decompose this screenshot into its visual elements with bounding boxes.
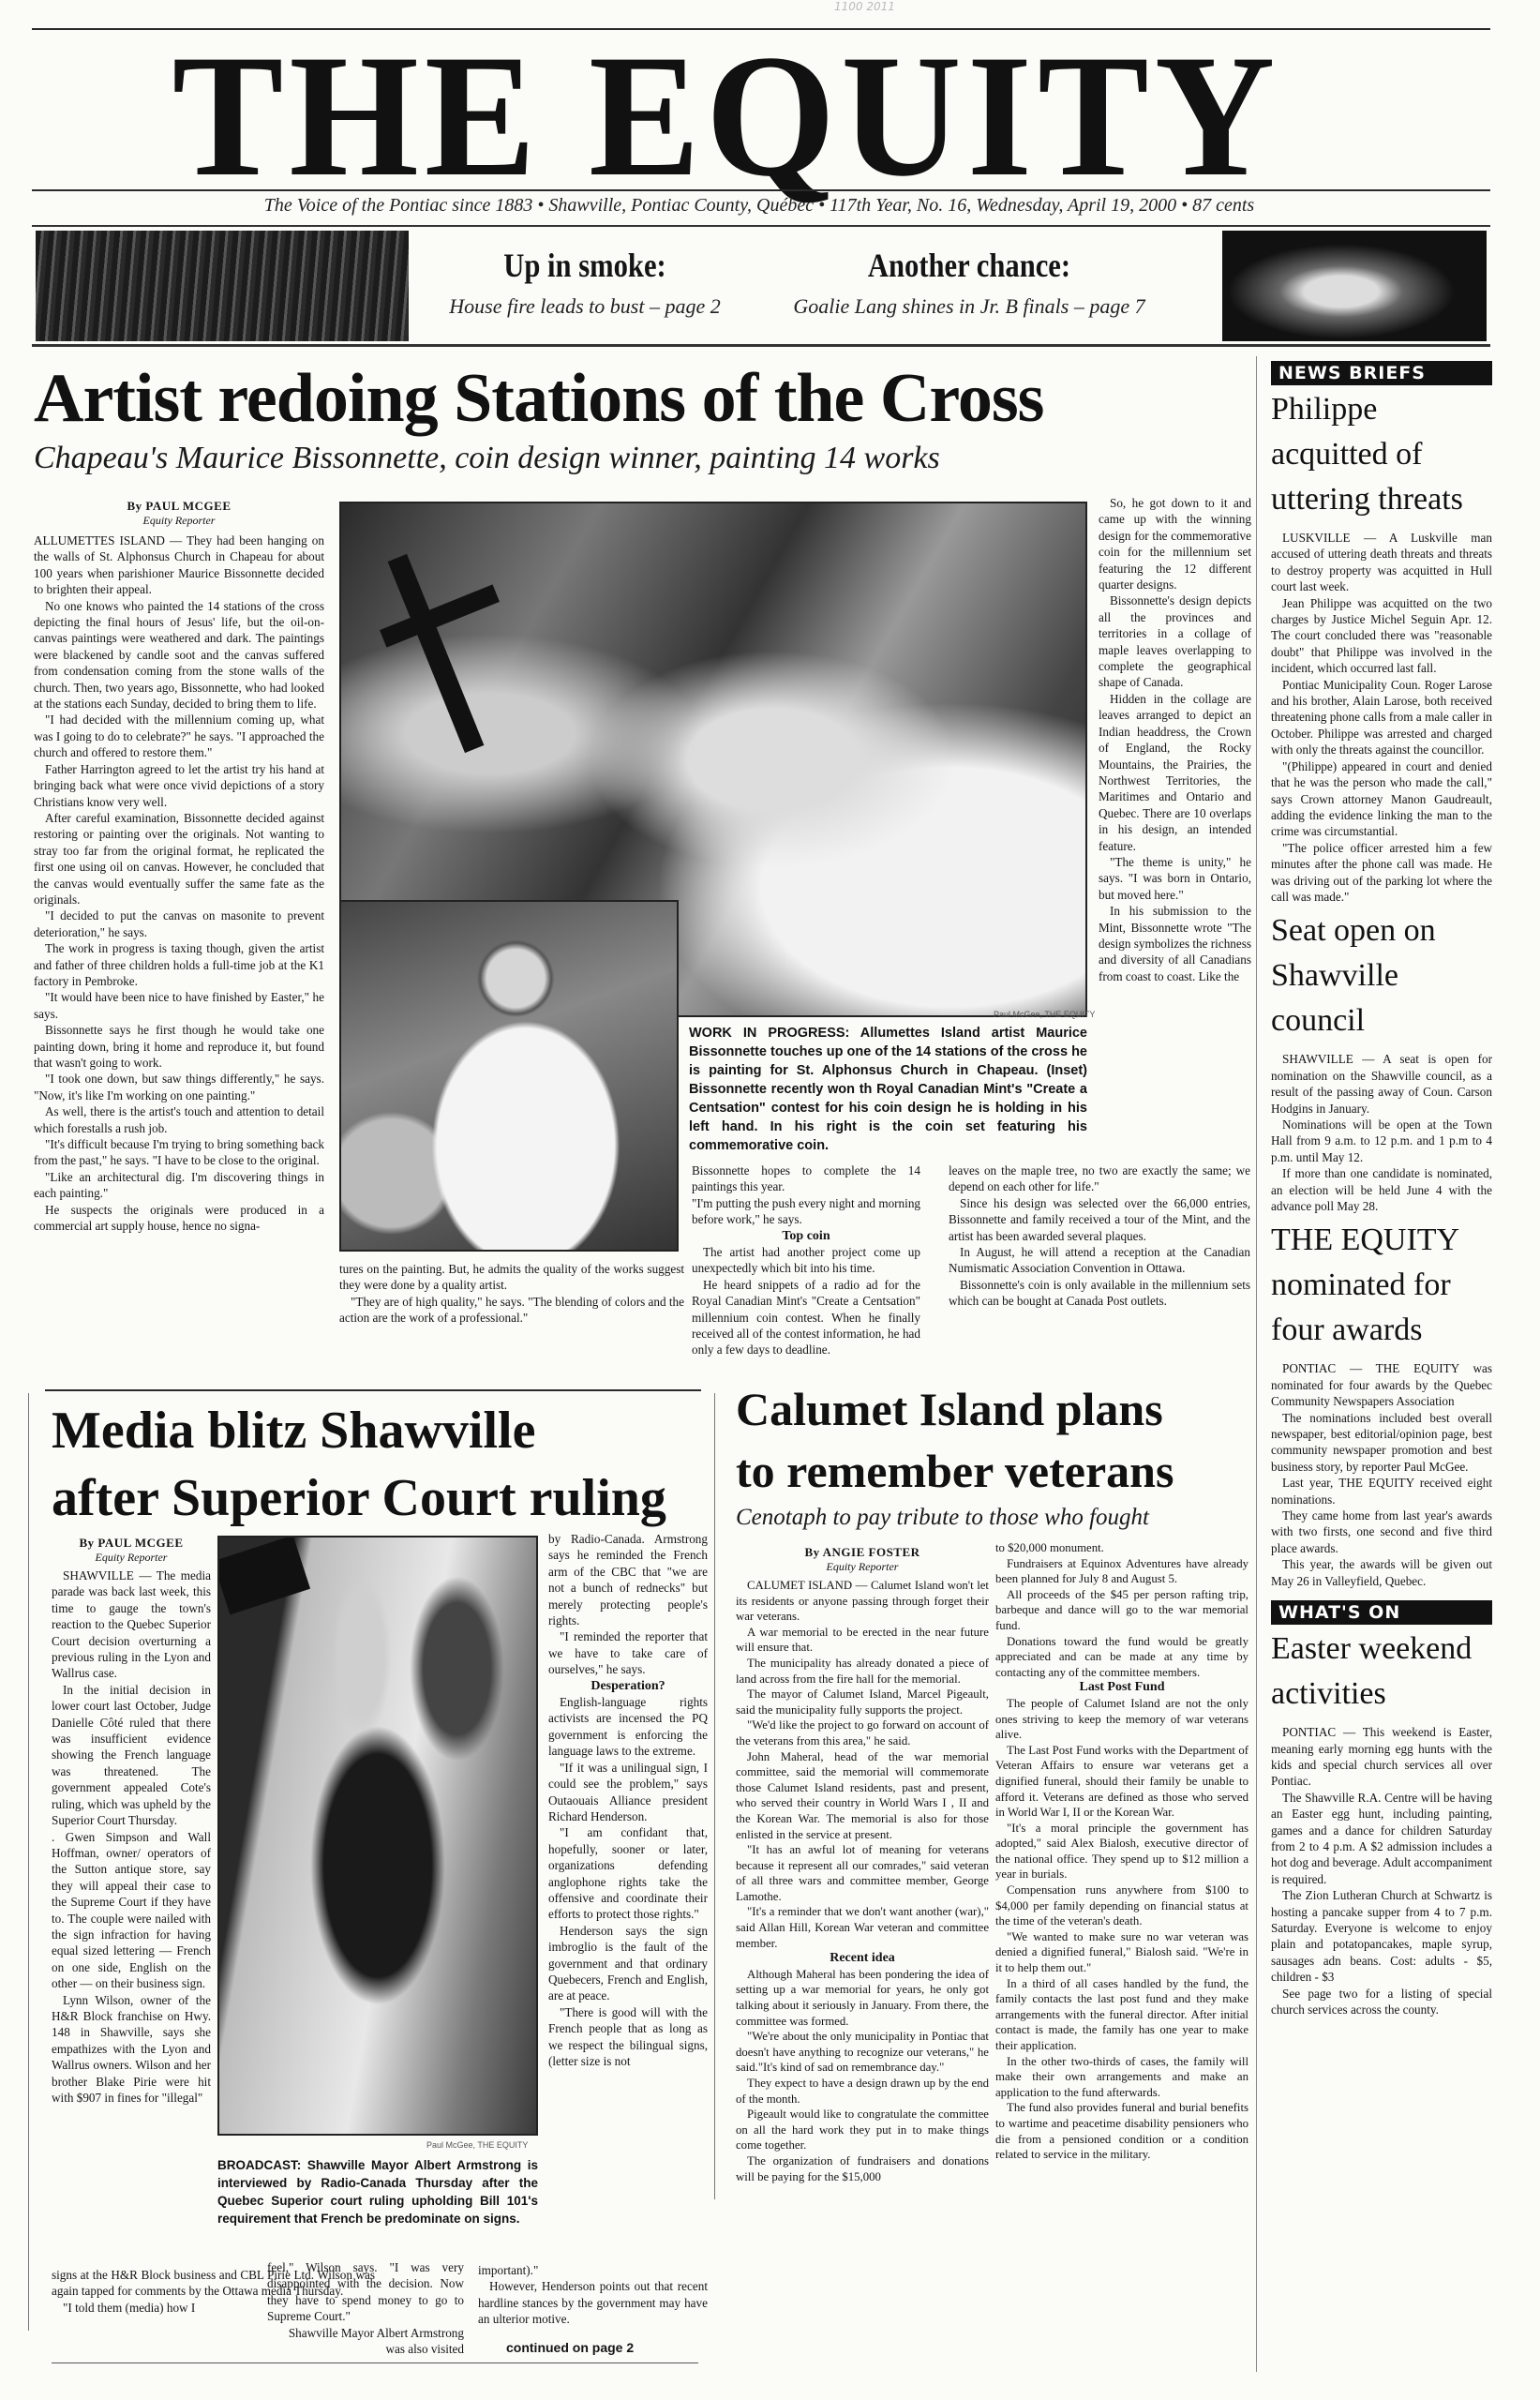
byline: By PAUL MCGEE: [34, 499, 324, 514]
paragraph: to $20,000 monument.: [995, 1540, 1248, 1556]
paragraph: Bissonnette says he first though he woul…: [34, 1022, 324, 1071]
cross-shape: [388, 554, 485, 753]
handwritten-note: 1100 2011: [834, 0, 895, 13]
news-briefs-label: NEWS BRIEFS: [1271, 361, 1492, 385]
photo-credit: Paul McGee, THE EQUITY: [994, 1010, 1095, 1019]
paragraph: A war memorial to be erected in the near…: [736, 1625, 989, 1656]
calumet-deck: Cenotaph to pay tribute to those who fou…: [736, 1505, 1261, 1531]
whats-on-body: PONTIAC — This weekend is Easter, meanin…: [1271, 1724, 1492, 2017]
subhead-top-coin: Top coin: [692, 1228, 920, 1244]
paragraph: feel," Wilson says. "I was very disappoi…: [267, 2259, 464, 2325]
paragraph: "We'd like the project to go forward on …: [736, 1717, 989, 1748]
paragraph: "I had decided with the millennium comin…: [34, 712, 324, 760]
media-col-3-wide: important)." However, Henderson points o…: [478, 2262, 708, 2328]
paragraph: They expect to have a design drawn up by…: [736, 2076, 989, 2107]
headline-line: to remember veterans: [736, 1440, 1261, 1502]
paragraph: The artist had another project come up u…: [692, 1244, 920, 1277]
paragraph: The Zion Lutheran Church at Schwartz is …: [1271, 1887, 1492, 1985]
paragraph: "We wanted to make sure no war veteran w…: [995, 1929, 1248, 1976]
paragraph: The Shawville R.A. Centre will be having…: [1271, 1790, 1492, 1887]
paragraph: . Gwen Simpson and Wall Hoffman, owner/ …: [52, 1829, 211, 1992]
paragraph: In a third of all cases handled by the f…: [995, 1976, 1248, 2054]
lead-byline-block: By PAUL MCGEE Equity Reporter: [34, 499, 324, 528]
paragraph: "We're about the only municipality in Po…: [736, 2029, 989, 2076]
paragraph: The Last Post Fund works with the Depart…: [995, 1743, 1248, 1821]
paragraph: All proceeds of the $45 per person rafti…: [995, 1587, 1248, 1634]
lead-headline: Artist redoing Stations of the Cross: [34, 356, 1252, 441]
media-photo-caption: BROADCAST: Shawville Mayor Albert Armstr…: [217, 2156, 538, 2227]
paragraph: So, he got down to it and came up with t…: [1099, 495, 1251, 592]
sidebar-rule: [1256, 356, 1257, 2372]
calumet-col-1: CALUMET ISLAND — Calumet Island won't le…: [736, 1578, 989, 2184]
lead-col-1: ALLUMETTES ISLAND — They had been hangin…: [34, 532, 324, 1234]
media-byline-block: By PAUL MCGEE Equity Reporter: [52, 1536, 211, 1565]
lead-deck: Chapeau's Maurice Bissonnette, coin desi…: [34, 441, 1252, 476]
paragraph: "I'm putting the push every night and mo…: [692, 1195, 920, 1228]
paragraph: "There is good will with the French peop…: [548, 2004, 708, 2070]
paragraph: Bissonnette's coin is only available in …: [949, 1277, 1250, 1310]
paragraph: However, Henderson points out that recen…: [478, 2278, 708, 2327]
calumet-headline: Calumet Island plans to remember veteran…: [736, 1378, 1261, 1502]
whats-on-label: WHAT'S ON: [1271, 1600, 1492, 1625]
teaser-another-chance[interactable]: Another chance: Goalie Lang shines in Jr…: [772, 246, 1166, 319]
teaser-title: Another chance:: [802, 246, 1137, 285]
whats-on-headline: Easter weekend activities: [1271, 1627, 1492, 1717]
paragraph: The organization of fundraisers and dona…: [736, 2153, 989, 2184]
paragraph: The work in progress is taxing though, g…: [34, 940, 324, 989]
paragraph: Pigeault would like to congratulate the …: [736, 2107, 989, 2153]
paragraph: The nominations included best overall ne…: [1271, 1410, 1492, 1476]
media-bottom-rule: [52, 2362, 698, 2363]
paragraph: The municipality has already donated a p…: [736, 1656, 989, 1687]
byline-role: Equity Reporter: [736, 1560, 989, 1574]
paragraph: If more than one candidate is nominated,…: [1271, 1165, 1492, 1214]
paragraph: "It would have been nice to have finishe…: [34, 989, 324, 1022]
paragraph: "(Philippe) appeared in court and denied…: [1271, 758, 1492, 840]
teaser-photo-fire: [36, 231, 409, 341]
teaser-bar: Up in smoke: House fire leads to bust – …: [32, 225, 1490, 347]
masthead-tagline: The Voice of the Pontiac since 1883 • Sh…: [37, 195, 1481, 217]
media-col-2-below: feel," Wilson says. "I was very disappoi…: [267, 2259, 464, 2357]
teaser-title: Up in smoke:: [450, 246, 721, 285]
paragraph: English-language rights activists are in…: [548, 1694, 708, 1760]
paragraph: "The theme is unity," he says. "I was bo…: [1099, 854, 1251, 903]
paragraph: The mayor of Calumet Island, Marcel Pige…: [736, 1687, 989, 1717]
lead-col-3: Bissonnette hopes to complete the 14 pai…: [692, 1162, 920, 1358]
byline: By PAUL MCGEE: [52, 1536, 211, 1551]
paragraph: "It's a moral principle the government h…: [995, 1821, 1248, 1882]
paragraph: In August, he will attend a reception at…: [949, 1244, 1250, 1277]
headline-line: Media blitz Shawville: [52, 1397, 717, 1464]
paragraph: Lynn Wilson, owner of the H&R Block fran…: [52, 1992, 211, 2107]
photo-credit: Paul McGee, THE EQUITY: [426, 2140, 528, 2150]
paragraph: Although Maheral has been pondering the …: [736, 1967, 989, 2029]
subhead-desperation: Desperation?: [548, 1678, 708, 1694]
calumet-col-2: to $20,000 monument. Fundraisers at Equi…: [995, 1540, 1248, 2163]
media-photo-broadcast: [217, 1536, 538, 2136]
paragraph: tures on the painting. But, he admits th…: [339, 1261, 684, 1294]
paragraph: LUSKVILLE — A Luskville man accused of u…: [1271, 530, 1492, 595]
paragraph: leaves on the maple tree, no two are exa…: [949, 1162, 1250, 1195]
paragraph: "They are of high quality," he says. "Th…: [339, 1294, 684, 1327]
paragraph: Nominations will be open at the Town Hal…: [1271, 1117, 1492, 1165]
headline-line: after Superior Court ruling: [52, 1464, 717, 1532]
continued-link[interactable]: continued on page 2: [506, 2340, 634, 2355]
paragraph: by Radio-Canada. Armstrong says he remin…: [548, 1531, 708, 1628]
byline-role: Equity Reporter: [52, 1551, 211, 1565]
teaser-up-in-smoke[interactable]: Up in smoke: House fire leads to bust – …: [426, 246, 744, 319]
paragraph: "It's difficult because I'm trying to br…: [34, 1136, 324, 1169]
section-divider: [45, 1389, 701, 1391]
paragraph: "It's a reminder that we don't want anot…: [736, 1904, 989, 1951]
teaser-subtitle: Goalie Lang shines in Jr. B finals – pag…: [772, 294, 1166, 319]
sidebar: NEWS BRIEFS Philippe acquitted of utteri…: [1271, 361, 1492, 2017]
paragraph: "Like an architectural dig. I'm discover…: [34, 1169, 324, 1202]
lead-col-2: tures on the painting. But, he admits th…: [339, 1261, 684, 1327]
paragraph: Father Harrington agreed to let the arti…: [34, 761, 324, 810]
paragraph: John Maheral, head of the war memorial c…: [736, 1749, 989, 1843]
paragraph: PONTIAC — This weekend is Easter, meanin…: [1271, 1724, 1492, 1790]
paragraph: In the initial decision in lower court l…: [52, 1682, 211, 1829]
media-col-1: SHAWVILLE — The media parade was back la…: [52, 1567, 211, 2106]
paragraph: Bissonnette hopes to complete the 14 pai…: [692, 1162, 920, 1195]
paragraph: Pontiac Municipality Coun. Roger Larose …: [1271, 677, 1492, 758]
teaser-photo-goalie: [1222, 231, 1487, 341]
brief-headline: Seat open on Shawville council: [1271, 908, 1492, 1043]
lead-col-4-wide: leaves on the maple tree, no two are exa…: [949, 1162, 1250, 1310]
column-rule-left: [28, 1393, 29, 2331]
paragraph: Bissonnette's design depicts all the pro…: [1099, 592, 1251, 690]
byline: By ANGIE FOSTER: [736, 1545, 989, 1560]
paragraph: Shawville Mayor Albert Armstrong was als…: [267, 2325, 464, 2358]
paragraph: Henderson says the sign imbroglio is the…: [548, 1923, 708, 2004]
camera-shape: [217, 1536, 310, 1614]
brief-body: PONTIAC — THE EQUITY was nominated for f…: [1271, 1360, 1492, 1589]
paragraph: Jean Philippe was acquitted on the two c…: [1271, 595, 1492, 677]
paragraph: The fund also provides funeral and buria…: [995, 2100, 1248, 2162]
paragraph: As well, there is the artist's touch and…: [34, 1103, 324, 1136]
paragraph: "I decided to put the canvas on masonite…: [34, 907, 324, 940]
paragraph: PONTIAC — THE EQUITY was nominated for f…: [1271, 1360, 1492, 1409]
media-col-3: by Radio-Canada. Armstrong says he remin…: [548, 1531, 708, 2069]
lead-col-4: So, he got down to it and came up with t…: [1099, 495, 1251, 984]
paragraph: Donations toward the fund would be great…: [995, 1634, 1248, 1681]
paragraph: In his submission to the Mint, Bissonnet…: [1099, 903, 1251, 984]
paragraph: important).": [478, 2262, 708, 2278]
paragraph: "If it was a unilingual sign, I could se…: [548, 1760, 708, 1825]
paragraph: "I am confidant that, hopefully, sooner …: [548, 1824, 708, 1922]
paragraph: ALLUMETTES ISLAND — They had been hangin…: [34, 532, 324, 598]
paragraph: SHAWVILLE — The media parade was back la…: [52, 1567, 211, 1682]
paragraph: He suspects the originals were produced …: [34, 1202, 324, 1235]
brief-headline: Philippe acquitted of uttering threats: [1271, 387, 1492, 522]
calumet-byline-block: By ANGIE FOSTER Equity Reporter: [736, 1545, 989, 1574]
paragraph: He heard snippets of a radio ad for the …: [692, 1277, 920, 1358]
lead-photo-caption: WORK IN PROGRESS: Allumettes Island arti…: [689, 1024, 1087, 1155]
teaser-subtitle: House fire leads to bust – page 2: [426, 294, 744, 319]
paragraph: Last year, THE EQUITY received eight nom…: [1271, 1475, 1492, 1507]
subhead-recent-idea: Recent idea: [736, 1951, 989, 1967]
paragraph: Hidden in the collage are leaves arrange…: [1099, 691, 1251, 854]
paragraph: SHAWVILLE — A seat is open for nominatio…: [1271, 1051, 1492, 1117]
masthead-title: THE EQUITY: [37, 41, 1415, 189]
brief-body: SHAWVILLE — A seat is open for nominatio…: [1271, 1051, 1492, 1214]
media-headline: Media blitz Shawville after Superior Cou…: [52, 1397, 717, 1532]
byline-role: Equity Reporter: [34, 514, 324, 528]
subhead-last-post-fund: Last Post Fund: [995, 1680, 1248, 1696]
brief-body: LUSKVILLE — A Luskville man accused of u…: [1271, 530, 1492, 905]
paragraph: In the other two-thirds of cases, the fa…: [995, 2054, 1248, 2101]
paragraph: Compensation runs anywhere from $100 to …: [995, 1882, 1248, 1929]
paragraph: No one knows who painted the 14 stations…: [34, 598, 324, 712]
paragraph: "I reminded the reporter that we have to…: [548, 1628, 708, 1677]
paragraph: This year, the awards will be given out …: [1271, 1556, 1492, 1589]
paragraph: Fundraisers at Equinox Adventures have a…: [995, 1556, 1248, 1587]
paragraph: "I took one down, but saw things differe…: [34, 1071, 324, 1103]
lead-inset-photo-coin: [339, 900, 679, 1252]
paragraph: They came home from last year's awards w…: [1271, 1507, 1492, 1556]
paragraph: Since his design was selected over the 6…: [949, 1195, 1250, 1244]
paragraph: "The police officer arrested him a few m…: [1271, 840, 1492, 906]
paragraph: The people of Calumet Island are not the…: [995, 1696, 1248, 1743]
paragraph: CALUMET ISLAND — Calumet Island won't le…: [736, 1578, 989, 1625]
paragraph: After careful examination, Bissonnette d…: [34, 810, 324, 907]
masthead-bottom-rule: [32, 189, 1490, 191]
paragraph: See page two for a listing of special ch…: [1271, 1986, 1492, 2018]
headline-line: Calumet Island plans: [736, 1378, 1261, 1440]
brief-headline: THE EQUITY nominated for four awards: [1271, 1218, 1492, 1353]
paragraph: "It has an awful lot of meaning for vete…: [736, 1842, 989, 1904]
